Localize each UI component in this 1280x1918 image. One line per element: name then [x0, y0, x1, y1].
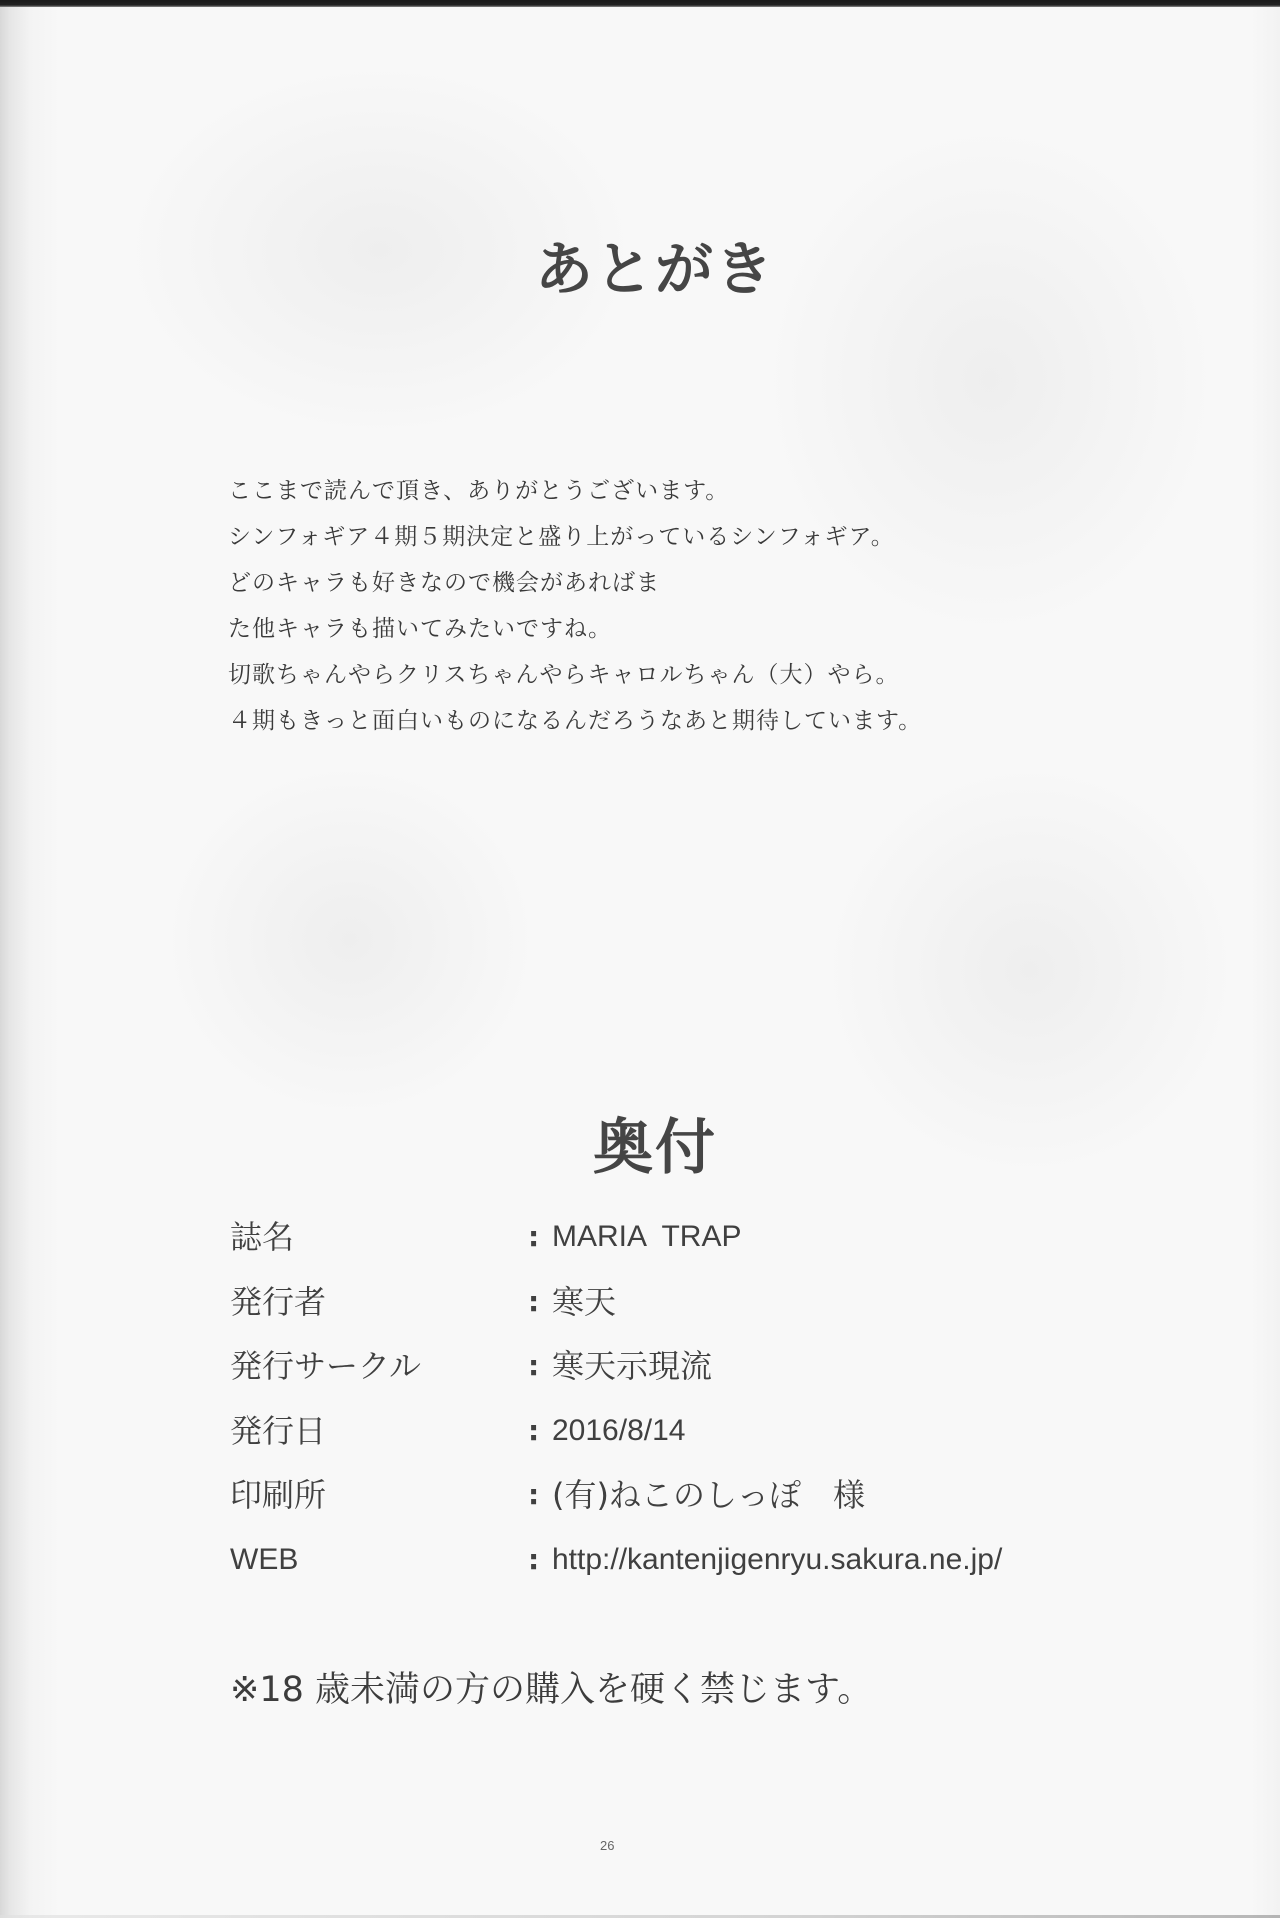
colophon-row-date: 発行日 : 2016/8/14 [230, 1399, 1130, 1464]
scan-top-edge [0, 0, 1280, 7]
afterword-line: た他キャラも描いてみたいですね。 [228, 606, 1088, 652]
colophon-row-publisher: 発行者 : 寒天 [230, 1270, 1130, 1335]
web-url: http://kantenjigenryu.sakura.ne.jp/ [552, 1528, 1002, 1593]
colophon-value: 寒天 [552, 1270, 616, 1335]
faint-bleedthrough [160, 760, 540, 1120]
scanned-page: あとがき ここまで読んで頂き、ありがとうございます。 シンフォギア４期５期決定と… [0, 0, 1280, 1918]
colophon-label: 発行者 [230, 1270, 326, 1335]
colophon-row-printer: 印刷所 : (有)ねこのしっぽ 様 [230, 1463, 1130, 1528]
colophon-row-circle: 発行サークル : 寒天示現流 [230, 1334, 1130, 1399]
page-number: 26 [600, 1838, 614, 1853]
colophon-colon: : [528, 1528, 539, 1593]
colophon-value: 寒天示現流 [552, 1334, 712, 1399]
colophon-label: 発行日 [230, 1399, 326, 1464]
afterword-line: ここまで読んで頂き、ありがとうございます。 [228, 468, 1088, 514]
colophon-label: 発行サークル [230, 1334, 421, 1399]
colophon-colon: : [528, 1399, 539, 1464]
colophon-colon: : [528, 1205, 539, 1270]
colophon-value: 2016/8/14 [552, 1399, 685, 1464]
colophon-label: 印刷所 [230, 1463, 326, 1528]
afterword-line: 切歌ちゃんやらクリスちゃんやらキャロルちゃん（大）やら。 [228, 652, 1088, 698]
colophon-value: (有)ねこのしっぽ 様 [552, 1463, 865, 1528]
colophon-row-web: WEB : http://kantenjigenryu.sakura.ne.jp… [230, 1528, 1130, 1593]
colophon-colon: : [528, 1463, 539, 1528]
afterword-title: あとがき [0, 222, 1280, 306]
colophon-value: MARIA TRAP [552, 1205, 742, 1270]
colophon-label: WEB [230, 1528, 298, 1593]
age-restriction-notice: ※18 歳未満の方の購入を硬く禁じます。 [230, 1662, 872, 1712]
colophon-row-title: 誌名 : MARIA TRAP [230, 1205, 1130, 1270]
colophon-colon: : [528, 1270, 539, 1335]
colophon-table: 誌名 : MARIA TRAP 発行者 : 寒天 発行サークル : 寒天示現流 … [230, 1205, 1130, 1592]
afterword-line: ４期もきっと面白いものになるんだろうなあと期待しています。 [228, 698, 1088, 744]
afterword-line: シンフォギア４期５期決定と盛り上がっているシンフォギア。 [228, 514, 1088, 560]
colophon-label: 誌名 [230, 1205, 294, 1270]
colophon-colon: : [528, 1334, 539, 1399]
colophon-title: 奥付 [0, 1100, 1280, 1186]
afterword-line: どのキャラも好きなので機会があればま [228, 560, 1088, 606]
afterword-body: ここまで読んで頂き、ありがとうございます。 シンフォギア４期５期決定と盛り上がっ… [228, 468, 1088, 744]
